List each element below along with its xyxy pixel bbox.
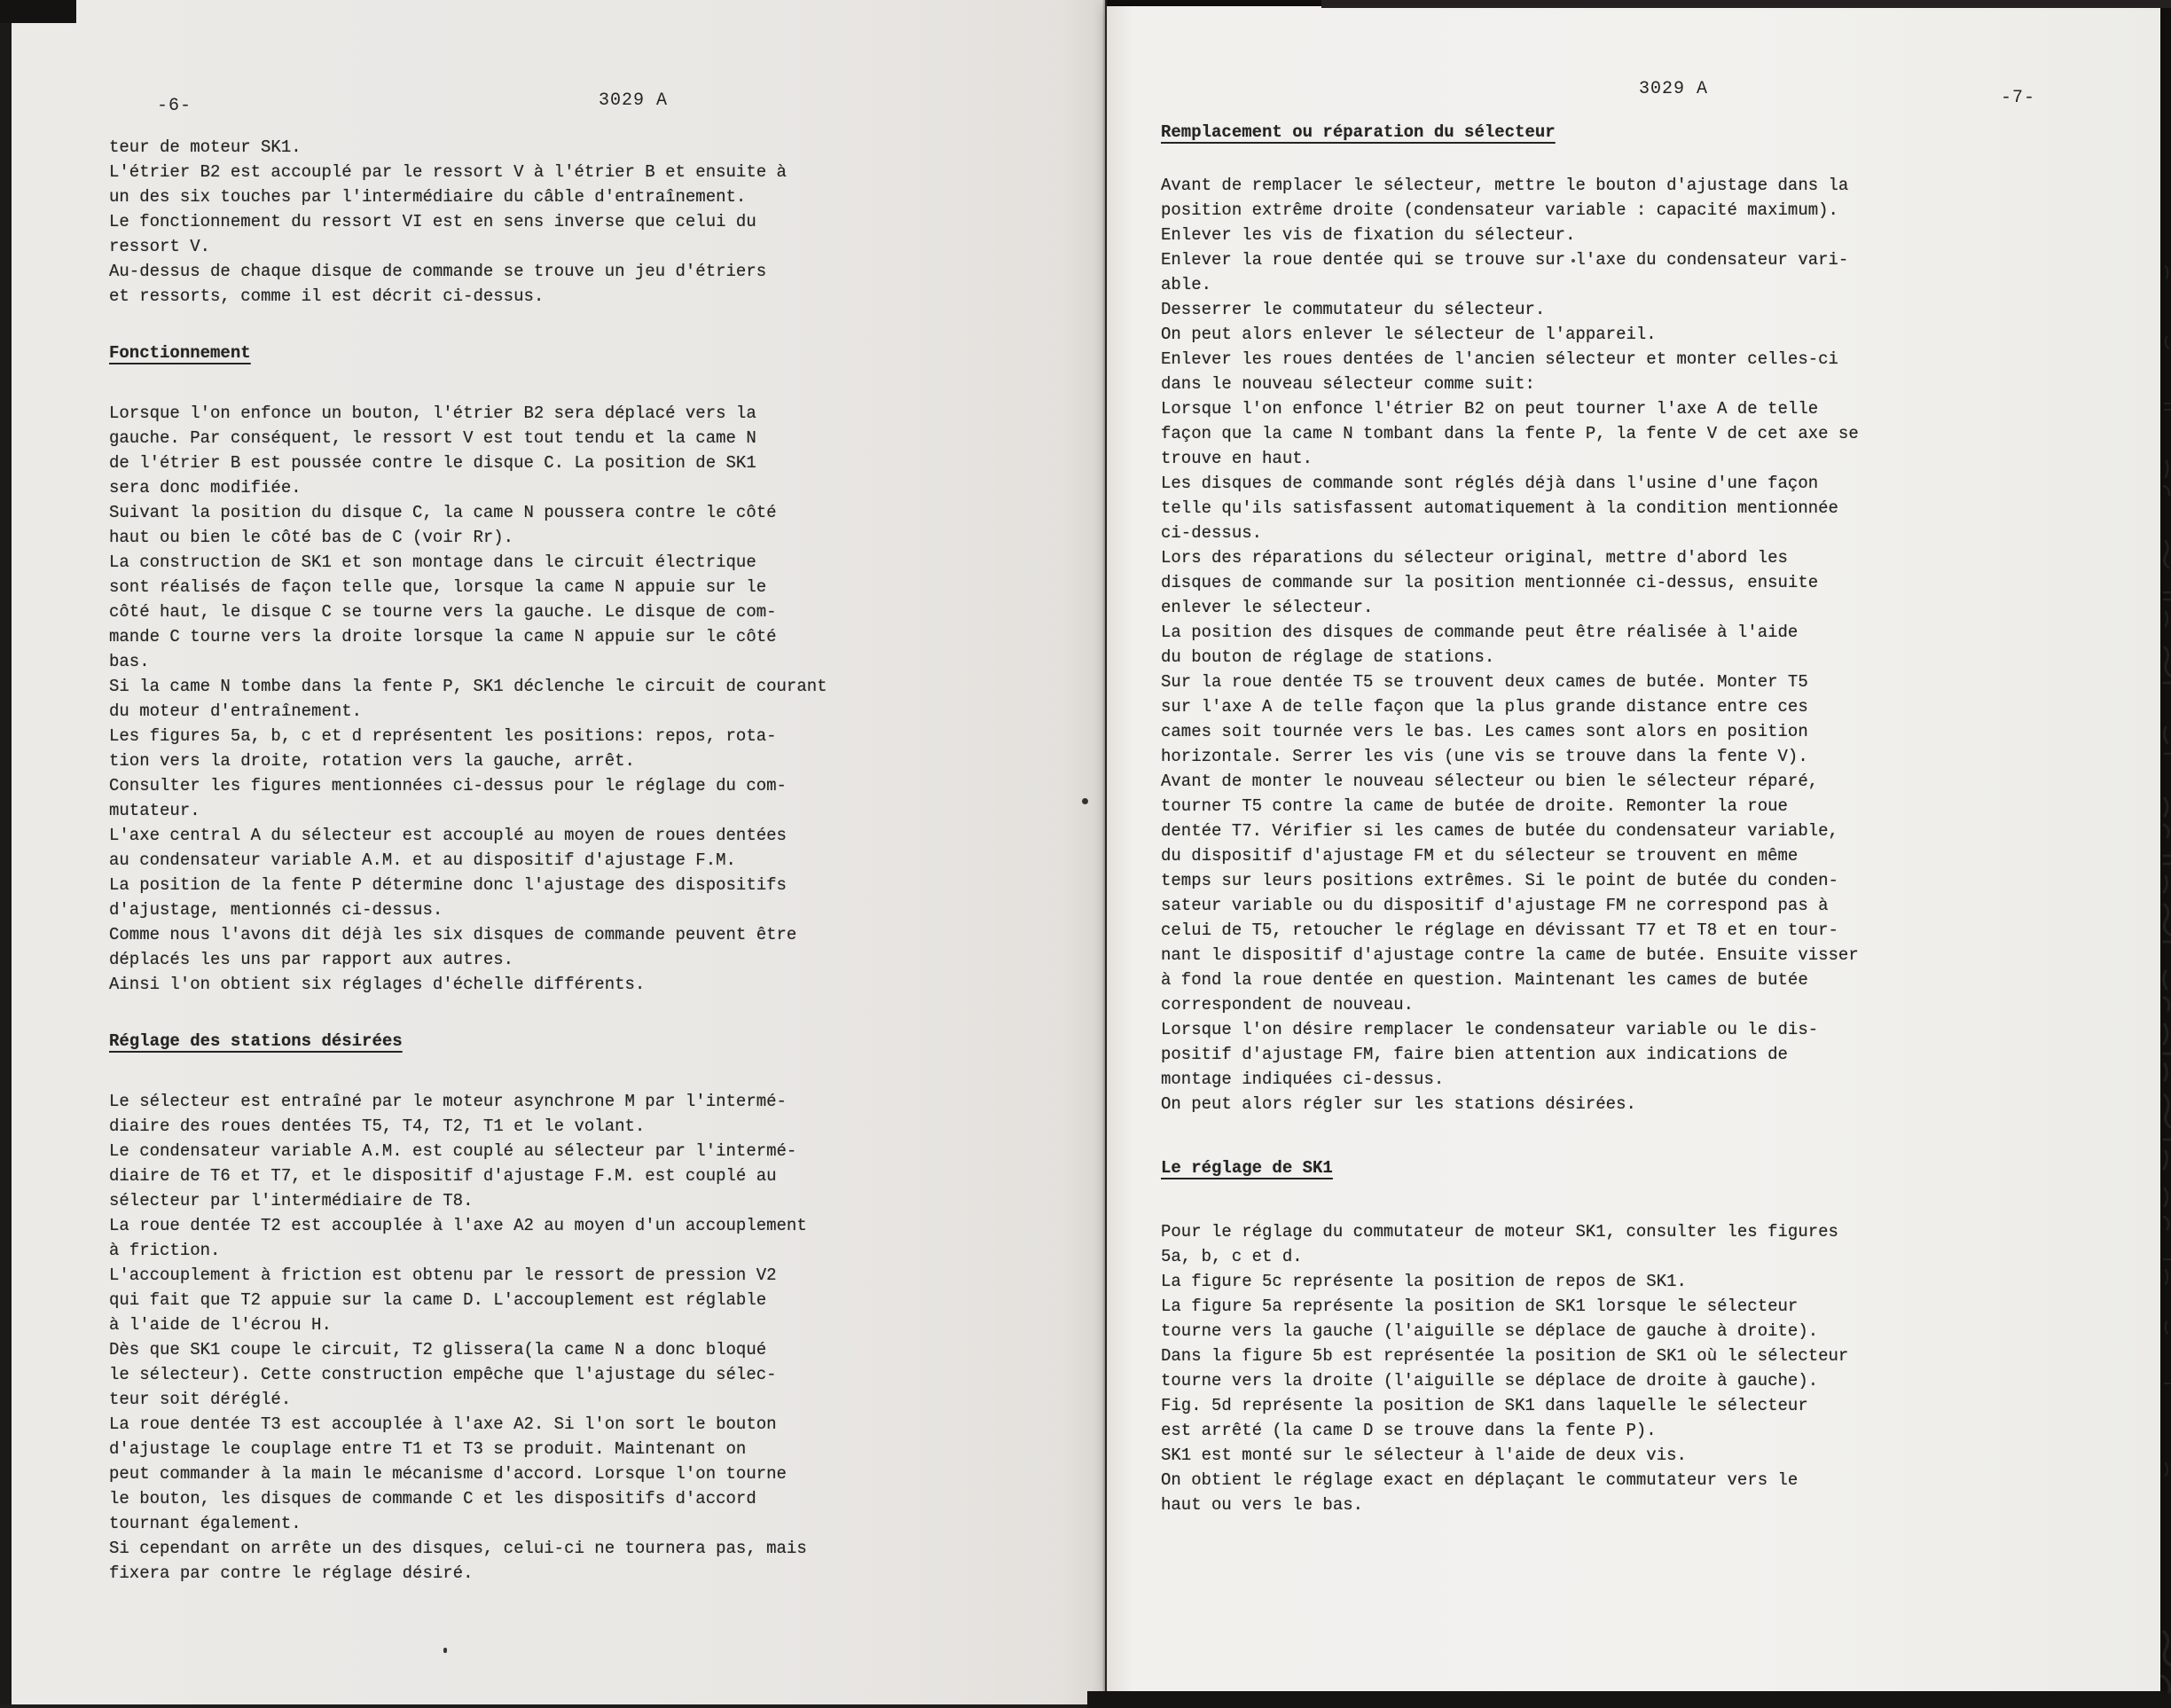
doc-number-left: 3029 A bbox=[599, 90, 668, 111]
scan-edge-bottom-left bbox=[0, 1704, 1087, 1708]
paragraph-fonctionnement: Lorsque l'on enfonce un bouton, l'étrier… bbox=[109, 401, 1049, 997]
paragraph-reglage-stations: Le sélecteur est entraîné par le moteur … bbox=[109, 1089, 1049, 1586]
paragraph-intro: teur de moteur SK1. L'étrier B2 est acco… bbox=[109, 135, 1049, 309]
page-left: -6- 3029 A teur de moteur SK1. L'étrier … bbox=[12, 0, 1105, 1708]
section-heading-remplacement: Remplacement ou réparation du sélecteur bbox=[1161, 120, 2136, 145]
doc-number-right: 3029 A bbox=[1639, 79, 1708, 99]
scan-edge-left bbox=[0, 0, 12, 1708]
text-column-right: Remplacement ou réparation du sélecteur … bbox=[1161, 120, 2136, 1517]
scan-corner-top-left bbox=[0, 0, 76, 23]
text-column-left: teur de moteur SK1. L'étrier B2 est acco… bbox=[109, 135, 1049, 1586]
paragraph-remplacement: Avant de remplacer le sélecteur, mettre … bbox=[1161, 173, 2136, 1116]
page-gutter-seam bbox=[1102, 0, 1108, 1708]
section-heading-fonctionnement: Fonctionnement bbox=[109, 341, 1049, 365]
page-number-left: -6- bbox=[157, 96, 192, 116]
section-heading-reglage-sk1: Le réglage de SK1 bbox=[1161, 1156, 2136, 1180]
paper-speck bbox=[1571, 259, 1575, 262]
scanned-document-spread: -6- 3029 A teur de moteur SK1. L'étrier … bbox=[0, 0, 2171, 1708]
adjacent-page-handwriting-edge bbox=[2157, 0, 2171, 1708]
page-right: 3029 A -7- Remplacement ou réparation du… bbox=[1107, 6, 2160, 1694]
paper-speck bbox=[443, 1648, 447, 1653]
page-number-right: -7- bbox=[2001, 88, 2035, 108]
ink-dot bbox=[1082, 798, 1088, 804]
paragraph-reglage-sk1: Pour le réglage du commutateur de moteur… bbox=[1161, 1219, 2136, 1517]
scan-edge-top-right bbox=[1321, 0, 2171, 8]
scan-edge-bottom-right bbox=[1087, 1691, 2171, 1708]
section-heading-reglage-stations: Réglage des stations désirées bbox=[109, 1029, 1049, 1054]
